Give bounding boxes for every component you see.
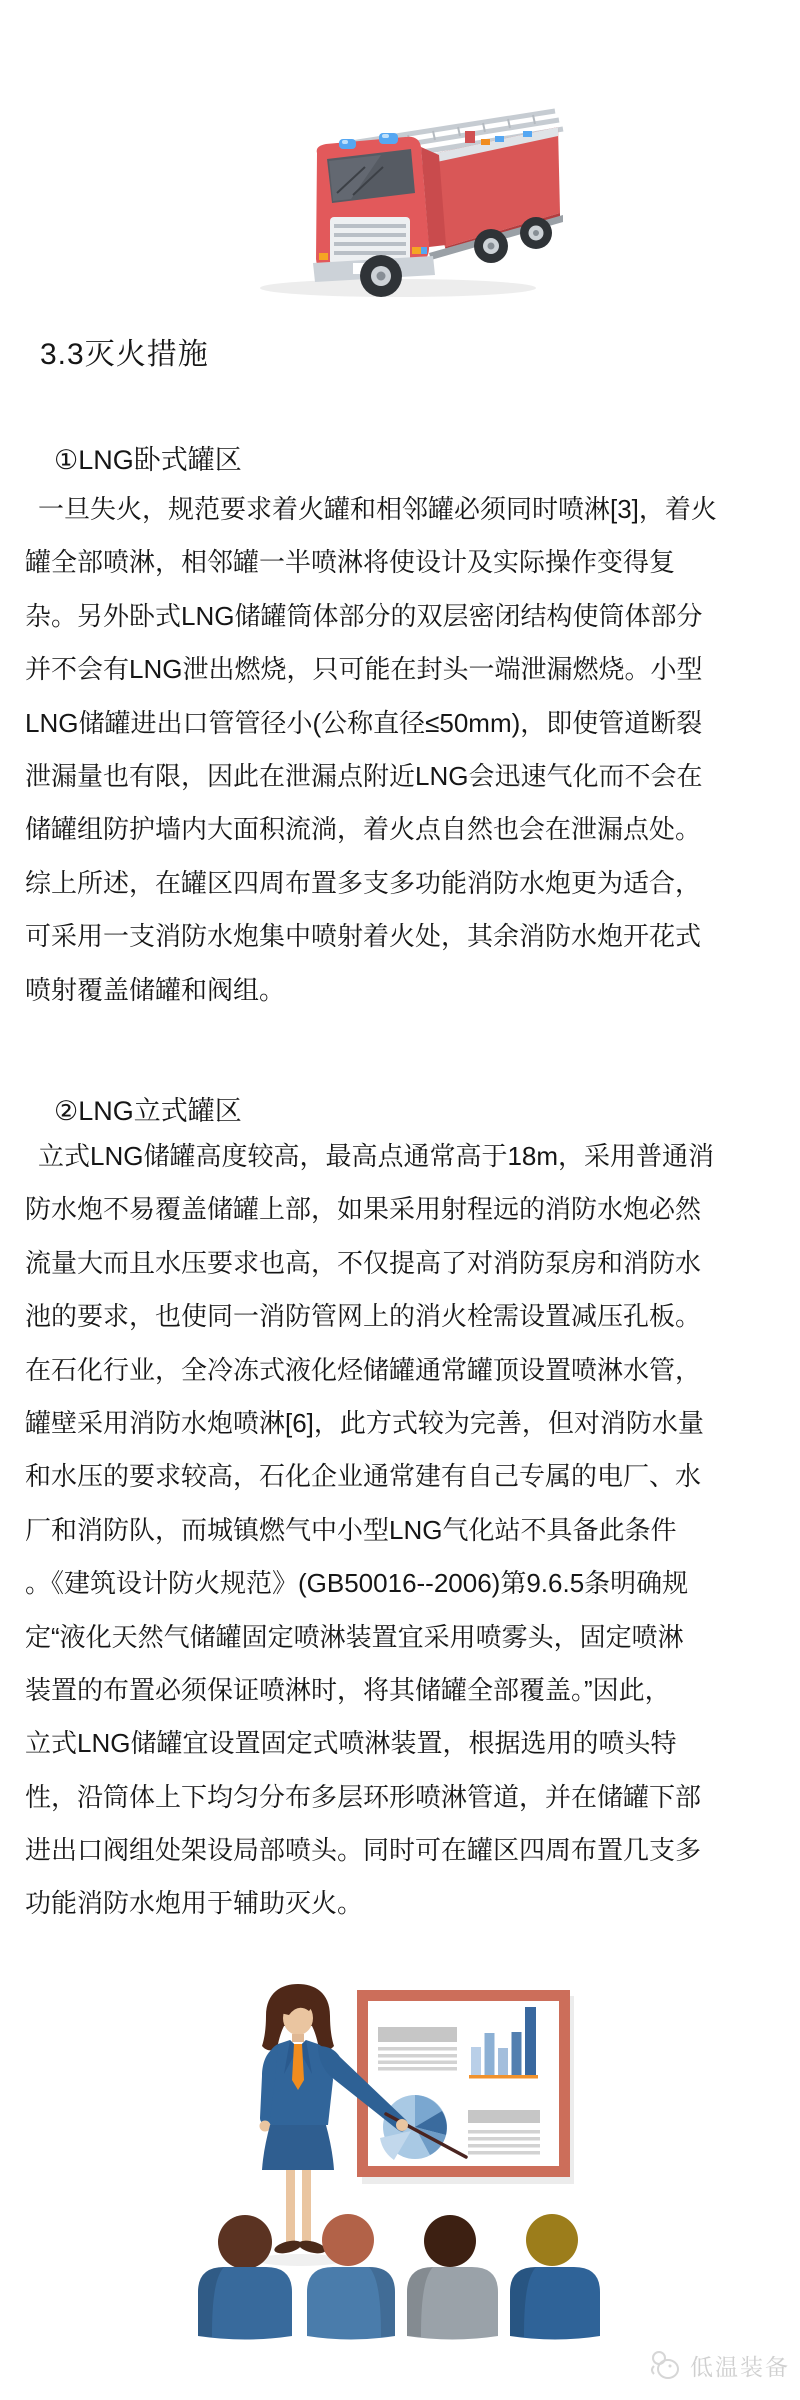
right-hand	[396, 2119, 408, 2131]
text-line: LNG储罐进出口管管径小(公称直径≤50mm)，即使管道断裂	[25, 697, 795, 750]
audience-hair	[526, 2214, 578, 2266]
headlight	[319, 253, 328, 260]
audience-member-2	[307, 2214, 395, 2340]
text-line: 流量大而且水压要求也高，不仅提高了对消防泵房和消防水	[25, 1237, 795, 1290]
paragraph-1: 一旦失火，规范要求着火罐和相邻罐必须同时喷淋[3]，着火 罐全部喷淋，相邻罐一半…	[25, 483, 795, 1017]
text-line: 性，沿筒体上下均匀分布多层环形喷淋管道，并在储罐下部	[25, 1771, 795, 1824]
page-title: 3.3灭火措施	[40, 329, 209, 373]
penguin-logo-icon	[648, 2348, 684, 2382]
paragraph-2: 立式LNG储罐高度较高，最高点通常高于18m，采用普通消 防水炮不易覆盖储罐上部…	[25, 1130, 795, 1931]
audience-member-1	[198, 2215, 292, 2340]
text-line: 可采用一支消防水炮集中喷射着火处，其余消防水炮开花式	[25, 910, 795, 963]
text-line: 在石化行业，全冷冻式液化烃储罐通常罐顶设置喷淋水管，	[25, 1344, 795, 1397]
watermark-text: 低温装备	[690, 2349, 790, 2382]
text-line: 立式LNG储罐宜设置固定式喷淋装置，根据选用的喷头特	[25, 1717, 795, 1770]
headlight	[412, 247, 421, 254]
text-line: 泄漏量也有限，因此在泄漏点附近LNG会迅速气化而不会在	[25, 750, 795, 803]
audience-hair	[322, 2214, 374, 2266]
audience-hair	[218, 2215, 272, 2269]
leg	[302, 2170, 311, 2244]
front-wheel	[360, 255, 402, 297]
section-heading-1: ①LNG卧式罐区	[54, 438, 242, 477]
section-heading-2: ②LNG立式罐区	[54, 1089, 242, 1128]
text-line: 功能消防水炮用于辅助灭火。	[25, 1877, 795, 1930]
watermark: 低温装备	[648, 2344, 798, 2386]
text-line: 喷射覆盖储罐和阀组。	[25, 964, 795, 1017]
text-line: 罐全部喷淋，相邻罐一半喷淋将使设计及实际操作变得复	[25, 536, 795, 589]
text-line: 储罐组防护墙内大面积流淌，着火点自然也会在泄漏点处。	[25, 803, 795, 856]
audience-member-4	[510, 2214, 600, 2340]
text-line: 。《建筑设计防火规范》(GB50016--2006)第9.6.5条明确规	[25, 1557, 795, 1610]
text-line: 进出口阀组处架设局部喷头。同时可在罐区四周布置几支多	[25, 1824, 795, 1877]
audience	[198, 2214, 600, 2340]
presentation-illustration	[190, 1980, 610, 2350]
headlight	[421, 247, 427, 254]
audience-hair	[424, 2215, 476, 2267]
skirt	[262, 2125, 334, 2170]
fire-truck-illustration	[233, 95, 565, 301]
leg	[286, 2170, 295, 2244]
text-line: 装置的布置必须保证喷淋时，将其储罐全部覆盖。”因此，	[25, 1664, 795, 1717]
text-line: 杂。另外卧式LNG储罐筒体部分的双层密闭结构使筒体部分	[25, 590, 795, 643]
text-line: 厂和消防队，而城镇燃气中小型LNG气化站不具备此条件	[25, 1504, 795, 1557]
text-line: 防水炮不易覆盖储罐上部，如果采用射程远的消防水炮必然	[25, 1183, 795, 1236]
text-line: 罐壁采用消防水炮喷淋[6]，此方式较为完善，但对消防水量	[25, 1397, 795, 1450]
text-line: 池的要求，也使同一消防管网上的消火栓需设置减压孔板。	[25, 1290, 795, 1343]
text-line: 定“液化天然气储罐固定喷淋装置宜采用喷雾头，固定喷淋	[25, 1611, 795, 1664]
audience-member-3	[407, 2215, 498, 2340]
text-line: 立式LNG储罐高度较高，最高点通常高于18m，采用普通消	[25, 1130, 795, 1183]
text-line: 和水压的要求较高，石化企业通常建有自己专属的电厂、水	[25, 1450, 795, 1503]
text-line: 综上所述，在罐区四周布置多支多功能消防水炮更为适合，	[25, 857, 795, 910]
neck	[292, 2034, 304, 2043]
text-line: 并不会有LNG泄出燃烧，只可能在封头一端泄漏燃烧。小型	[25, 643, 795, 696]
article-page: 3.3灭火措施 ①LNG卧式罐区 一旦失火，规范要求着火罐和相邻罐必须同时喷淋[…	[0, 0, 800, 2400]
rack-mount	[465, 131, 475, 143]
text-line: 一旦失火，规范要求着火罐和相邻罐必须同时喷淋[3]，着火	[25, 483, 795, 536]
